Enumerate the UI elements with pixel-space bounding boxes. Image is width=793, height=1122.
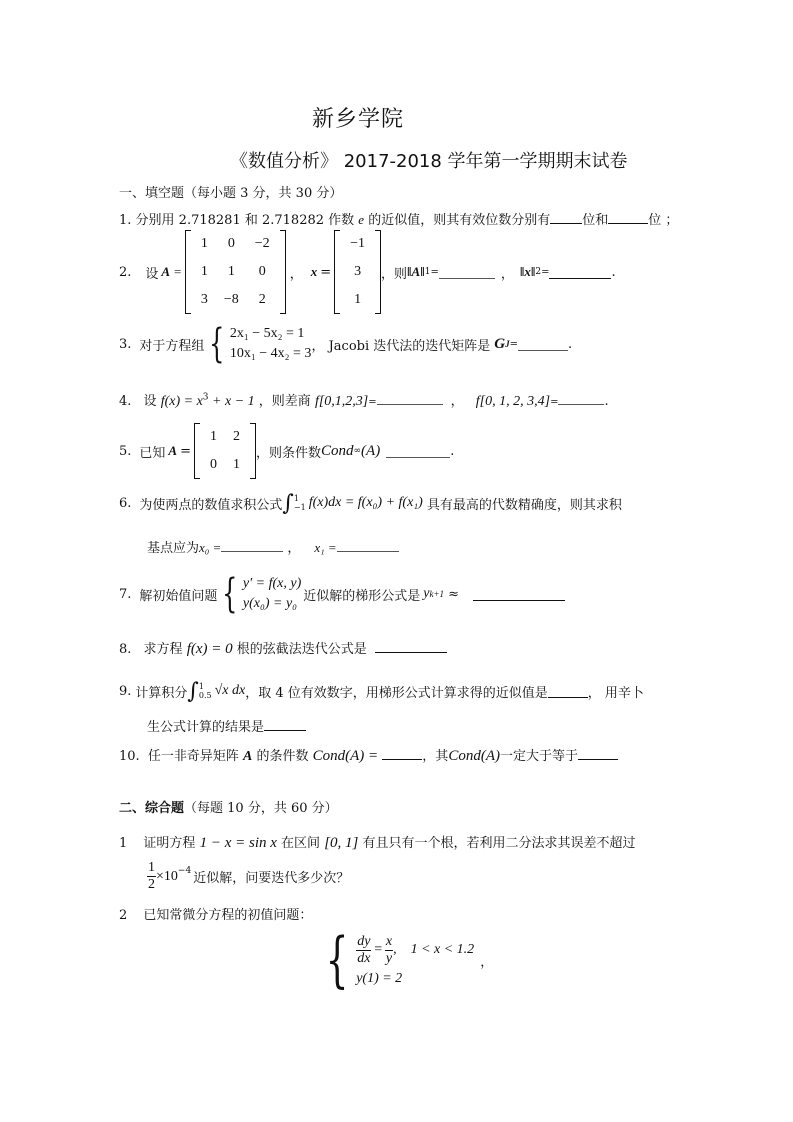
q4-num: 4.	[119, 394, 131, 409]
q5-prefix: 已知	[139, 442, 165, 461]
q2-blank-2[interactable]	[549, 266, 611, 279]
q6-blank-x0[interactable]	[221, 539, 283, 552]
q3-system: 2x₁ − 5x₂ = 1 10x₁ − 4x₂ = 3	[230, 324, 312, 364]
q3-prefix: 对于方程组	[139, 335, 204, 354]
question-1: 1. 分别用 2.718281 和 2.718282 作数 e 的近似值，则其有…	[119, 209, 678, 228]
q2-num: 2.	[119, 265, 131, 280]
question-9-line2: 生公式计算的结果是	[147, 716, 306, 735]
q3-middle: ， Jacobi 迭代法的迭代矩阵是	[311, 335, 490, 354]
matrix-A: 10−2 110 3−82	[185, 230, 286, 314]
q1-text-a: 分别用 2.718281 和 2.718282 作数	[136, 213, 355, 228]
question-9: 9. 计算积分 ∫10.5 √x dx ，取 4 位有效数字，用梯形公式计算求得…	[119, 676, 644, 706]
q6-blank-x1[interactable]	[337, 539, 399, 552]
q2-prefix: 设	[145, 263, 158, 282]
q1-blank-2[interactable]	[608, 211, 648, 224]
q9-blank-simpson[interactable]	[264, 718, 306, 731]
q10-num: 10.	[119, 749, 140, 764]
q1-text-c: 位和	[582, 213, 608, 228]
q1-text-b: 的近似值，则其有效位数分别有	[368, 213, 550, 228]
vector-x: −1 3 1	[334, 230, 381, 314]
q4-dd2: f[0, 1, 2, 3,4]	[476, 394, 550, 409]
q9-num: 9.	[119, 684, 131, 699]
q2-x-label: x	[311, 264, 318, 280]
matrix-A-2x2: 12 01	[194, 423, 256, 479]
q5-blank[interactable]	[386, 445, 450, 458]
question-2: 2. 设 A= 10−2 110 3−82 ， x= −1 3 1 ，则 ‖A‖…	[119, 236, 616, 308]
q2-blank-1[interactable]	[439, 266, 495, 279]
school-title: 新乡学院	[312, 102, 404, 133]
question-6: 6. 为使两点的数值求积公式 ∫1−1 f(x)dx = f(x₀) + f(x…	[119, 488, 622, 518]
q7-system: y′ = f(x, y) y(x₀) = y₀	[243, 574, 301, 614]
q8-num: 8.	[119, 642, 131, 657]
question-6-line2: 基点应为x₀ =，x₁ =	[147, 537, 399, 556]
q1-text-d: 位 ；	[648, 213, 678, 228]
q3-g: G	[494, 336, 505, 353]
q10-blank-1[interactable]	[382, 747, 422, 760]
question-8: 8. 求方程 f(x) = 0 根的弦截法迭代公式是	[119, 638, 447, 658]
q2-then: ，则	[381, 263, 407, 282]
q2-a-label: A	[161, 264, 170, 280]
q2-norm-x: ‖x‖	[520, 264, 536, 280]
q8-blank[interactable]	[375, 640, 447, 653]
q4-dd1: f[0,1,2,3]	[315, 394, 368, 409]
section1-heading: 一、填空题（每小题 3 分，共 30 分）	[119, 182, 342, 201]
q10-blank-2[interactable]	[578, 747, 618, 760]
exam-title: 《数值分析》 2017-2018 学年第一学期期末试卷	[230, 147, 628, 173]
q9-blank-trapezoid[interactable]	[548, 685, 588, 698]
q4-blank-1[interactable]	[377, 392, 443, 405]
question-10: 10. 任一非奇异矩阵 A 的条件数 Cond(A) = ，其Cond(A)一定…	[119, 745, 618, 765]
problem-2: 2 已知常微分方程的初值问题：	[119, 904, 312, 923]
problem-1: 1 证明方程 1 − x = sin x 在区间 [0, 1] 有且只有一个根，…	[119, 832, 636, 852]
question-5: 5. 已知 A= 12 01 ，则条件数 Cond∞(A) .	[119, 428, 454, 474]
q5-num: 5.	[119, 444, 131, 459]
q3-num: 3.	[119, 337, 131, 352]
question-3: 3. 对于方程组 { 2x₁ − 5x₂ = 1 10x₁ − 4x₂ = 3 …	[119, 322, 572, 366]
section2-heading: 二、综合题（每题 10 分，共 60 分）	[119, 797, 338, 816]
q7-num: 7.	[119, 587, 131, 602]
q1-num: 1.	[119, 213, 131, 228]
question-4: 4. 设 f(x) = x3 + x − 1 ，则差商 f[0,1,2,3]=，…	[119, 390, 609, 410]
q1-var-e: e	[358, 212, 364, 227]
q4-blank-2[interactable]	[558, 392, 604, 405]
q1-blank-1[interactable]	[550, 211, 582, 224]
q4-prefix: 设	[144, 394, 157, 409]
q6-formula: f(x)dx = f(x₀) + f(x₁)	[309, 495, 423, 511]
problem-2-system: { dydx = xy , 1 < x < 1.2 y(1) = 2 ，	[318, 930, 493, 990]
q2-norm-a: ‖A‖	[407, 264, 425, 280]
q7-blank[interactable]	[473, 588, 565, 601]
problem-1-line2: 12 ×10−4 近似解，问要迭代多少次？	[147, 860, 349, 893]
q6-num: 6.	[119, 496, 131, 511]
question-7: 7. 解初始值问题 { y′ = f(x, y) y(x₀) = y₀ 近似解的…	[119, 572, 565, 616]
q3-blank[interactable]	[518, 338, 568, 351]
